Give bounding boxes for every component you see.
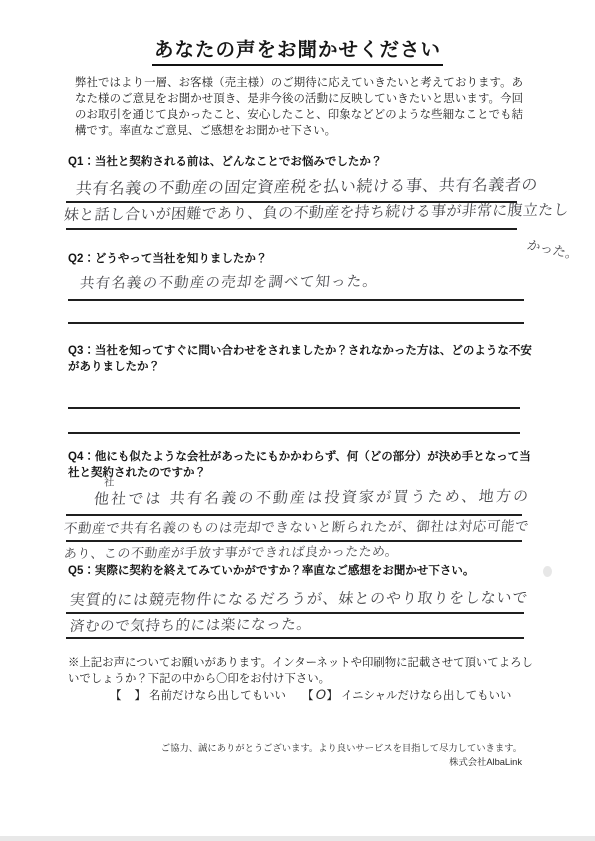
bracket-close: 】 [135,690,147,702]
question-5-label: Q5：実際に契約を終えてみていかがですか？率直なご感想をお聞かせ下さい。 [68,564,536,580]
q1-handwritten-answer-line-1: 共有名義の不動産の固定資産税を払い続ける事、共有名義者の [75,172,539,199]
question-2-label: Q2：どうやって当社を知りましたか？ [68,252,528,268]
q5-handwritten-answer-line-1: 実質的には競売物件になるだろうが、妹とのやり取りをしないで [69,587,529,610]
intro-paragraph: 弊社ではより一層、お客様（売主様）のご期待に応えていきたいと考えております。あな… [75,75,523,139]
footer: ご協力、誠にありがとうございます。より良いサービスを目指して尽力していきます。 … [75,742,522,769]
title-container: あなたの声をお聞かせください [0,34,595,66]
q4-handwritten-answer-line-2: 不動産で共有名義のものは売却できないと断られたが、御社は対応可能で [63,515,530,537]
footer-company-name: 株式会社AlbaLink [75,756,522,770]
bracket-open: 【 [110,690,122,702]
consent-option-initial: 【O】 イニシャルだけなら出してもいい [302,687,511,703]
answer-rule [66,228,517,230]
q4-handwritten-answer-line-3: あり、この不動産が手放す事ができれば良かったため。 [63,541,399,562]
answer-rule [68,432,520,434]
answer-rule [68,407,520,409]
scan-smudge [543,566,552,577]
scanned-questionnaire-page: あなたの声をお聞かせください 弊社ではより一層、お客様（売主様）のご期待に応えて… [0,0,595,841]
q1-handwritten-answer-overflow: かった。 [525,234,582,263]
question-1-label: Q1：当社と契約される前は、どんなことでお悩みでしたか？ [68,155,528,171]
consent-option-name-label: 名前だけなら出してもいい [149,690,286,702]
answer-rule [68,299,524,301]
q4-handwritten-answer-line-1: 他社では 共有名義の不動産は投資家が買うため、地方の [93,485,531,509]
question-3-label: Q3：当社を知ってすぐに問い合わせをされましたか？されなかった方は、どのような不… [68,344,534,375]
answer-rule [68,322,524,324]
footer-thanks-text: ご協力、誠にありがとうございます。より良いサービスを目指して尽力していきます。 [75,742,522,756]
consent-option-name: 【】 名前だけなら出してもいい [110,687,286,703]
question-4-label: Q4：他にも似たような会社があったにもかかわらず、何（どの部分）が決め手となって… [68,450,536,481]
consent-option-initial-label: イニシャルだけなら出してもいい [341,690,511,702]
page-title: あなたの声をお聞かせください [152,34,443,66]
name-option-mark-slot [122,698,135,700]
scan-bottom-edge [0,836,595,841]
q1-handwritten-answer-line-2: 妹と話し合いが困難であり、負の不動産を持ち続ける事が非常に腹立たし [63,199,570,225]
answer-rule [66,637,524,639]
q5-handwritten-answer-line-2: 済むので気持ち的には楽になった。 [69,613,313,636]
consent-note: ※上記お声についてお願いがあります。インターネットや印刷物に記載させて頂いてよろ… [68,656,534,688]
q2-handwritten-answer-line-1: 共有名義の不動産の売却を調べて知った。 [79,270,379,293]
